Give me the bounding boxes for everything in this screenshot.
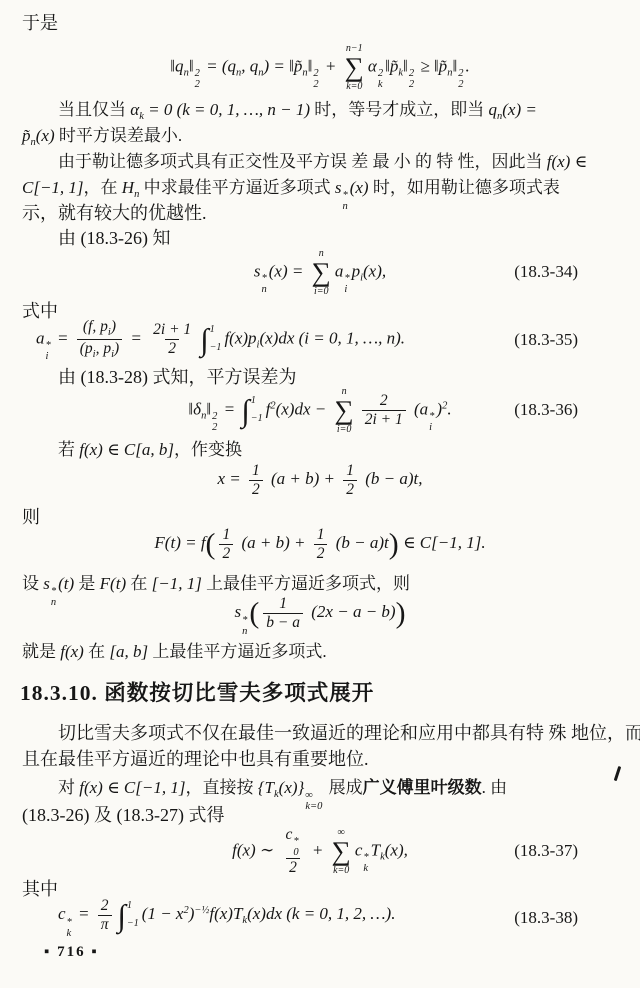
math-fragment: ( [249, 597, 259, 630]
formula-F-of-t: F(t) = f(12 (a + b) + 12 (b − a)t) ∈ C[−… [22, 520, 618, 568]
math-fragment: c*0 [282, 826, 303, 858]
math-fragment: 2 [286, 858, 300, 877]
math-fragment: 中求最佳平方逼近多项式 [139, 178, 335, 197]
math-fragment: 22 [195, 68, 200, 90]
formula-18-3-37: f(x) ∼ c*02 + ∞∑k=0c*kTk(x), (18.3-37) [22, 826, 618, 876]
math-fragment: 对 [58, 778, 79, 797]
formula-substitution: x = 12 (a + b) + 12 (b − a)t, [22, 458, 618, 502]
math-fragment: 在 [126, 574, 152, 593]
math-fragment: 2 [317, 545, 325, 562]
math-fragment: ) [114, 340, 119, 357]
math-fragment: 广义傅里叶级数 [363, 778, 482, 797]
math-fragment: 2 [212, 422, 217, 433]
math-fragment: 2 [346, 481, 354, 498]
scanned-textbook-page: 于是 ‖qn‖22 = (qn, qn) = ‖p̃n‖22 + n−1∑k=0… [0, 0, 640, 988]
math-fragment: * [344, 273, 349, 284]
math-fragment: (x) = [269, 261, 308, 280]
text-line-iff: 当且仅当 αk = 0 (k = 0, 1, …, n − 1) 时，等号才成立… [22, 98, 626, 124]
math-fragment: ‖ [452, 56, 457, 75]
math-fragment: f(x) [60, 642, 84, 661]
math-fragment: ∫1−1 [118, 900, 139, 931]
math-fragment: −1 [251, 413, 263, 424]
math-fragment: 2k [378, 68, 383, 90]
math-fragment: 22i + 1 [362, 392, 406, 429]
text-line-chebyshev-1: 切比雪夫多项式不仅在最佳一致逼近的理论和应用中都具有特 殊 地位，而 [22, 722, 626, 745]
math-fragment: 1−1 [210, 324, 222, 355]
math-fragment: *0 [293, 836, 298, 858]
math-expression: p̃n(x) 时平方误差最小. [22, 126, 182, 145]
math-fragment: 2 [222, 545, 230, 562]
math-fragment: 是 [74, 574, 100, 593]
page-number: ▪ 716 ▪ [44, 944, 99, 961]
math-fragment: ‖ [403, 56, 408, 75]
math-fragment: T [371, 840, 380, 859]
math-fragment: q [489, 100, 498, 119]
math-expression: 对 f(x) ∈ C[−1, 1]，直接按 {Tk(x)}∞k=0 展成广义傅里… [58, 778, 507, 797]
math-fragment: *i [429, 411, 434, 433]
math-fragment: (b − a)t, [361, 469, 423, 488]
text: 由 (18.3-28) 式知，平方误差为 [58, 367, 296, 387]
math-fragment: (x) = [502, 100, 537, 119]
math-expression: C[−1, 1]，在 Hn 中求最佳平方逼近多项式 s*n(x) 时，如用勒让德… [22, 178, 560, 197]
math-fragment: b − a [266, 614, 300, 631]
math-fragment: * [261, 273, 266, 284]
math-fragment: 时平方误差最小. [55, 126, 183, 145]
math-fragment: [a, b] [109, 642, 148, 661]
math-fragment: 2 [249, 480, 263, 499]
math-fragment: {T [258, 778, 274, 797]
math-fragment: 2 [378, 68, 383, 79]
math-fragment: 12 [219, 526, 233, 563]
math-fragment: 当且仅当 [58, 100, 130, 119]
formula-18-3-35: a*i = (f, pi)(pi, pi) = 2i + 12∫1−1f(x)p… [22, 316, 618, 364]
math-fragment: 时，如用勒让德多项式表 [369, 178, 560, 197]
equation-number: (18.3-34) [514, 262, 578, 282]
math-fragment: k=0 [346, 81, 362, 92]
math-fragment: = [53, 328, 73, 347]
text-line-legendre-1: 由于勒让德多项式具有正交性及平方误 差 最 小 的 特 性，因此当 f(x) ∈ [22, 150, 626, 173]
math-expression: c*k = 2π∫1−1(1 − x2)−½f(x)Tk(x)dx (k = 0… [58, 897, 395, 938]
math-expression: a*i = (f, pi)(pi, pi) = 2i + 12∫1−1f(x)p… [36, 318, 405, 363]
math-fragment: (x), [385, 840, 408, 859]
math-fragment: 2π [98, 897, 112, 934]
math-fragment: (f, pi) [80, 318, 119, 339]
math-fragment: f(x)p [224, 328, 256, 347]
math-fragment: *k [363, 852, 368, 874]
math-fragment: 2 [409, 68, 414, 79]
math-fragment: i [46, 351, 49, 362]
text-line-iff-cont: p̃n(x) 时平方误差最小. [22, 124, 626, 150]
math-fragment: H [122, 178, 134, 197]
math-fragment: 1−1 [127, 900, 139, 931]
math-fragment: 1 [251, 395, 263, 406]
math-fragment: ∑ [312, 259, 331, 286]
math-fragment: c [285, 826, 292, 843]
math-fragment: i [429, 422, 432, 433]
math-fragment: ∫1−1 [200, 324, 221, 355]
math-fragment: α [368, 56, 377, 75]
math-fragment: i [344, 284, 347, 295]
math-fragment: 22 [313, 68, 318, 90]
math-fragment: (x)dx (k = 0, 1, 2, …). [247, 905, 395, 924]
math-fragment: [−1, 1] [152, 574, 202, 593]
math-fragment: 若 [58, 440, 79, 459]
math-fragment: (t) [58, 574, 74, 593]
math-fragment: 2 [314, 544, 328, 563]
math-fragment: 1 [279, 595, 287, 612]
math-fragment: 就是 [22, 642, 60, 661]
equation-number: (18.3-36) [514, 400, 578, 420]
math-fragment: 在 [84, 642, 110, 661]
math-fragment: k=0 [333, 865, 349, 876]
math-fragment: n−1∑k=0 [345, 43, 364, 92]
math-fragment: 1 [276, 595, 290, 613]
math-fragment: n∑i=0 [312, 248, 331, 297]
math-fragment: k [363, 863, 368, 874]
math-fragment: ，在 [84, 178, 122, 197]
math-fragment: 22 [212, 411, 217, 433]
math-fragment: −½ [194, 906, 209, 917]
math-fragment: 1 [222, 526, 230, 543]
math-fragment: ( [206, 527, 216, 560]
text: 且在最佳平方逼近的理论中也具有重要地位. [22, 749, 369, 769]
math-fragment: 1 [127, 900, 139, 911]
math-fragment: , q [241, 56, 258, 75]
math-fragment: ∫ [200, 324, 209, 355]
math-fragment: (a + b) + [237, 533, 310, 552]
math-fragment: π [101, 916, 109, 933]
math-fragment: * [342, 190, 347, 201]
equation-number: (18.3-38) [514, 908, 578, 928]
math-fragment: 2 [195, 68, 200, 79]
math-fragment: 1 [346, 462, 354, 479]
math-fragment: 1 [317, 526, 325, 543]
math-fragment: + [321, 56, 341, 75]
math-fragment: s [235, 603, 242, 622]
math-fragment: 2i + 1 [362, 410, 406, 429]
math-fragment: * [242, 615, 247, 626]
math-fragment: ∫ [241, 395, 250, 426]
math-fragment: 1 [210, 324, 222, 335]
math-fragment: 2 [313, 68, 318, 79]
math-fragment: p̃ [22, 126, 31, 145]
math-fragment: (f, pi)(pi, pi) [77, 318, 122, 361]
math-fragment: ) [396, 597, 406, 630]
math-fragment: ‖p̃ [385, 56, 398, 75]
math-fragment: *i [46, 340, 51, 362]
math-fragment: (b − a)t [331, 533, 388, 552]
math-fragment: f(x) ∈ [547, 152, 587, 171]
math-fragment: 2 [168, 340, 176, 357]
math-fragment: c*02 [282, 826, 303, 877]
math-fragment: F(t) [100, 574, 126, 593]
math-fragment: 2 [377, 392, 391, 410]
math-fragment: 12 [314, 526, 328, 563]
math-fragment: 1 [249, 462, 263, 480]
text: 示，就有较大的优越性. [22, 203, 207, 223]
math-fragment: (p [80, 340, 93, 357]
math-fragment: (pi, pi) [77, 339, 122, 361]
formula-18-3-36: ‖δn‖22 = ∫1−1f2(x)dx − n∑i=022i + 1 (a*i… [22, 386, 618, 434]
math-fragment: a [36, 328, 45, 347]
math-fragment: * [363, 852, 368, 863]
math-fragment: ∈ C[−1, 1]. [399, 533, 486, 552]
math-fragment: b − a [263, 613, 303, 632]
math-fragment: ) [389, 527, 399, 560]
math-fragment: 2 [458, 79, 463, 90]
text: (18.3-26) 及 (18.3-27) 式得 [22, 805, 224, 825]
math-fragment: . [447, 399, 451, 418]
math-fragment: = (q [202, 56, 236, 75]
math-fragment: (2x − a − b) [307, 603, 396, 622]
math-fragment: 2 [195, 79, 200, 90]
math-fragment: ∫1−1 [241, 395, 262, 426]
math-fragment: 12 [249, 462, 263, 499]
math-fragment: ‖ [189, 56, 194, 75]
math-fragment: k [67, 928, 72, 939]
math-fragment: f(x) ∼ [232, 840, 278, 859]
math-expression: f(x) ∼ c*02 + ∞∑k=0c*kTk(x), [232, 826, 408, 877]
math-fragment: . 由 [482, 778, 508, 797]
math-expression: 若 f(x) ∈ C[a, b]，作变换 [58, 440, 242, 459]
text: 由 (18.3-26) 知 [58, 228, 170, 248]
math-fragment: f(x) ∈ C[a, b] [79, 440, 174, 459]
math-fragment: n [261, 284, 266, 295]
math-fragment: (x)} [279, 778, 305, 797]
math-fragment: * [46, 340, 51, 351]
text-line-legendre-3: 示，就有较大的优越性. [22, 202, 626, 225]
formula-18-3-34: s*n(x) = n∑i=0a*ipi(x), (18.3-34) [22, 246, 618, 298]
math-fragment: 2 [458, 68, 463, 79]
math-fragment: 2 [289, 859, 297, 876]
math-fragment: (x), [363, 261, 386, 280]
math-fragment: = 0 (k = 0, 1, …, n − 1) [144, 100, 314, 119]
math-fragment: 1 [219, 526, 233, 544]
math-fragment: 12 [343, 462, 357, 499]
math-fragment: * [429, 411, 434, 422]
math-fragment: ，直接按 [185, 778, 257, 797]
math-fragment: (1 − x [142, 905, 184, 924]
math-fragment: 由于勒让德多项式具有正交性及平方误 差 最 小 的 特 性，因此当 [58, 152, 547, 171]
equation-number: (18.3-37) [514, 841, 578, 861]
math-fragment: s [43, 574, 50, 593]
math-fragment: π [98, 915, 112, 934]
math-fragment: f(x)T [209, 905, 242, 924]
math-fragment: 时，等号才成立，即当 [314, 100, 488, 119]
math-expression: 就是 f(x) 在 [a, b] 上最佳平方逼近多项式. [22, 642, 327, 661]
math-fragment: 展成 [324, 778, 362, 797]
math-expression: s*n(1b − a (2x − a − b)) [235, 595, 406, 636]
math-fragment: ≥ ‖p̃ [416, 56, 447, 75]
math-fragment: 2i + 1 [150, 321, 194, 339]
math-fragment: = [219, 399, 239, 418]
math-fragment: −1 [210, 342, 222, 353]
math-fragment: ∑ [334, 397, 353, 424]
math-fragment: n∑i=0 [334, 386, 353, 435]
math-expression: 由于勒让德多项式具有正交性及平方误 差 最 小 的 特 性，因此当 f(x) ∈ [58, 152, 587, 171]
math-fragment: = [126, 328, 146, 347]
math-fragment: 2 [98, 897, 112, 915]
math-fragment: 2 [219, 544, 233, 563]
math-fragment: 22 [409, 68, 414, 90]
math-fragment: k [378, 79, 383, 90]
math-fragment: 2 [165, 339, 179, 358]
math-fragment: = [74, 905, 94, 924]
math-fragment: α [130, 100, 139, 119]
math-fragment: 1 [252, 462, 260, 479]
math-fragment: 2i + 1 [153, 321, 191, 338]
math-fragment: 设 [22, 574, 43, 593]
math-fragment: ‖δ [188, 399, 201, 418]
math-fragment: 2i + 12 [150, 321, 194, 358]
math-fragment: *n [261, 273, 266, 295]
math-fragment: 2 [380, 392, 388, 409]
math-fragment: (f, p [83, 318, 108, 335]
math-fragment: 2 [343, 480, 357, 499]
math-fragment: * [67, 917, 72, 928]
math-fragment: . [465, 56, 469, 75]
formula-sn-composite: s*n(1b − a (2x − a − b)) [22, 592, 618, 640]
math-fragment: 1 [343, 462, 357, 480]
math-fragment: ∞∑k=0 [332, 827, 351, 876]
math-fragment: 上最佳平方逼近多项式，则 [202, 574, 410, 593]
math-fragment: C[−1, 1] [22, 178, 84, 197]
text-line-chebyshev-2: 且在最佳平方逼近的理论中也具有重要地位. [22, 748, 626, 771]
math-fragment: 2 [409, 79, 414, 90]
formula-norm-inequality: ‖qn‖22 = (qn, qn) = ‖p̃n‖22 + n−1∑k=0α2k… [22, 38, 618, 96]
math-fragment: ∞ [305, 790, 313, 801]
equation-number: (18.3-35) [514, 330, 578, 350]
math-fragment: (a [410, 399, 428, 418]
math-fragment: f(x) ∈ C[−1, 1] [79, 778, 185, 797]
math-fragment: 0 [293, 847, 298, 858]
math-fragment: , p [96, 340, 112, 357]
math-fragment: (x)dx (i = 0, 1, …, n). [259, 328, 405, 347]
math-fragment: *i [344, 273, 349, 295]
math-expression: ‖qn‖22 = (qn, qn) = ‖p̃n‖22 + n−1∑k=0α2k… [170, 43, 469, 92]
text-line-yushi: 于是 [22, 12, 626, 35]
math-fragment: ) = ‖p̃ [263, 56, 302, 75]
section-heading: 18.3.10. 函数按切比雪夫多项式展开 [20, 676, 374, 707]
math-fragment: i=0 [337, 424, 352, 435]
math-fragment: + [308, 840, 328, 859]
text-line-fourier-2: (18.3-26) 及 (18.3-27) 式得 [22, 804, 626, 827]
math-expression: 设 s*n(t) 是 F(t) 在 [−1, 1] 上最佳平方逼近多项式，则 [22, 574, 410, 593]
math-fragment: *k [67, 917, 72, 939]
math-fragment: ) [111, 318, 116, 335]
math-fragment: 1b − a [263, 595, 303, 632]
math-fragment: c [58, 905, 66, 924]
math-fragment: 1 [314, 526, 328, 544]
math-fragment: 2 [252, 481, 260, 498]
text: 于是 [22, 13, 58, 33]
math-fragment: ‖q [170, 56, 183, 75]
math-fragment: * [293, 836, 298, 847]
math-fragment: 22 [458, 68, 463, 90]
math-fragment: s [335, 178, 342, 197]
math-fragment: 2 [101, 897, 109, 914]
formula-18-3-38: c*k = 2π∫1−1(1 − x2)−½f(x)Tk(x)dx (k = 0… [22, 894, 618, 942]
math-fragment: a [335, 261, 344, 280]
math-fragment: (x)dx − [276, 399, 331, 418]
math-fragment: (x) [36, 126, 55, 145]
math-fragment: *n [242, 615, 247, 637]
text: 切比雪夫多项式不仅在最佳一致逼近的理论和应用中都具有特 殊 地位，而 [58, 723, 640, 743]
math-fragment: ，作变换 [174, 440, 242, 459]
math-fragment: i=0 [314, 286, 329, 297]
math-fragment: x = [217, 469, 245, 488]
math-fragment: n [242, 626, 247, 637]
math-expression: ‖δn‖22 = ∫1−1f2(x)dx − n∑i=022i + 1 (a*i… [188, 386, 451, 435]
math-fragment: ∑ [345, 54, 364, 81]
math-fragment: ‖ [308, 56, 313, 75]
math-expression: s*n(x) = n∑i=0a*ipi(x), [254, 248, 386, 297]
math-fragment: p [352, 261, 361, 280]
math-expression: 当且仅当 αk = 0 (k = 0, 1, …, n − 1) 时，等号才成立… [58, 100, 537, 119]
math-fragment: s [254, 261, 261, 280]
math-fragment: F(t) = f [154, 533, 205, 552]
math-fragment: ∑ [332, 838, 351, 865]
math-fragment: c [355, 840, 363, 859]
math-fragment: (x) [350, 178, 369, 197]
math-fragment: 1−1 [251, 395, 263, 426]
math-fragment: ‖ [206, 399, 211, 418]
math-fragment: ∫ [118, 900, 127, 931]
math-expression: x = 12 (a + b) + 12 (b − a)t, [217, 462, 422, 499]
math-fragment: 2i + 1 [365, 411, 403, 428]
math-fragment: 2 [212, 411, 217, 422]
math-fragment: 2 [313, 79, 318, 90]
math-expression: F(t) = f(12 (a + b) + 12 (b − a)t) ∈ C[−… [154, 526, 485, 563]
math-fragment: (a + b) + [267, 469, 340, 488]
math-fragment: 上最佳平方逼近多项式. [148, 642, 327, 661]
text-line-conclusion: 就是 f(x) 在 [a, b] 上最佳平方逼近多项式. [22, 640, 626, 663]
math-fragment: −1 [127, 918, 139, 929]
